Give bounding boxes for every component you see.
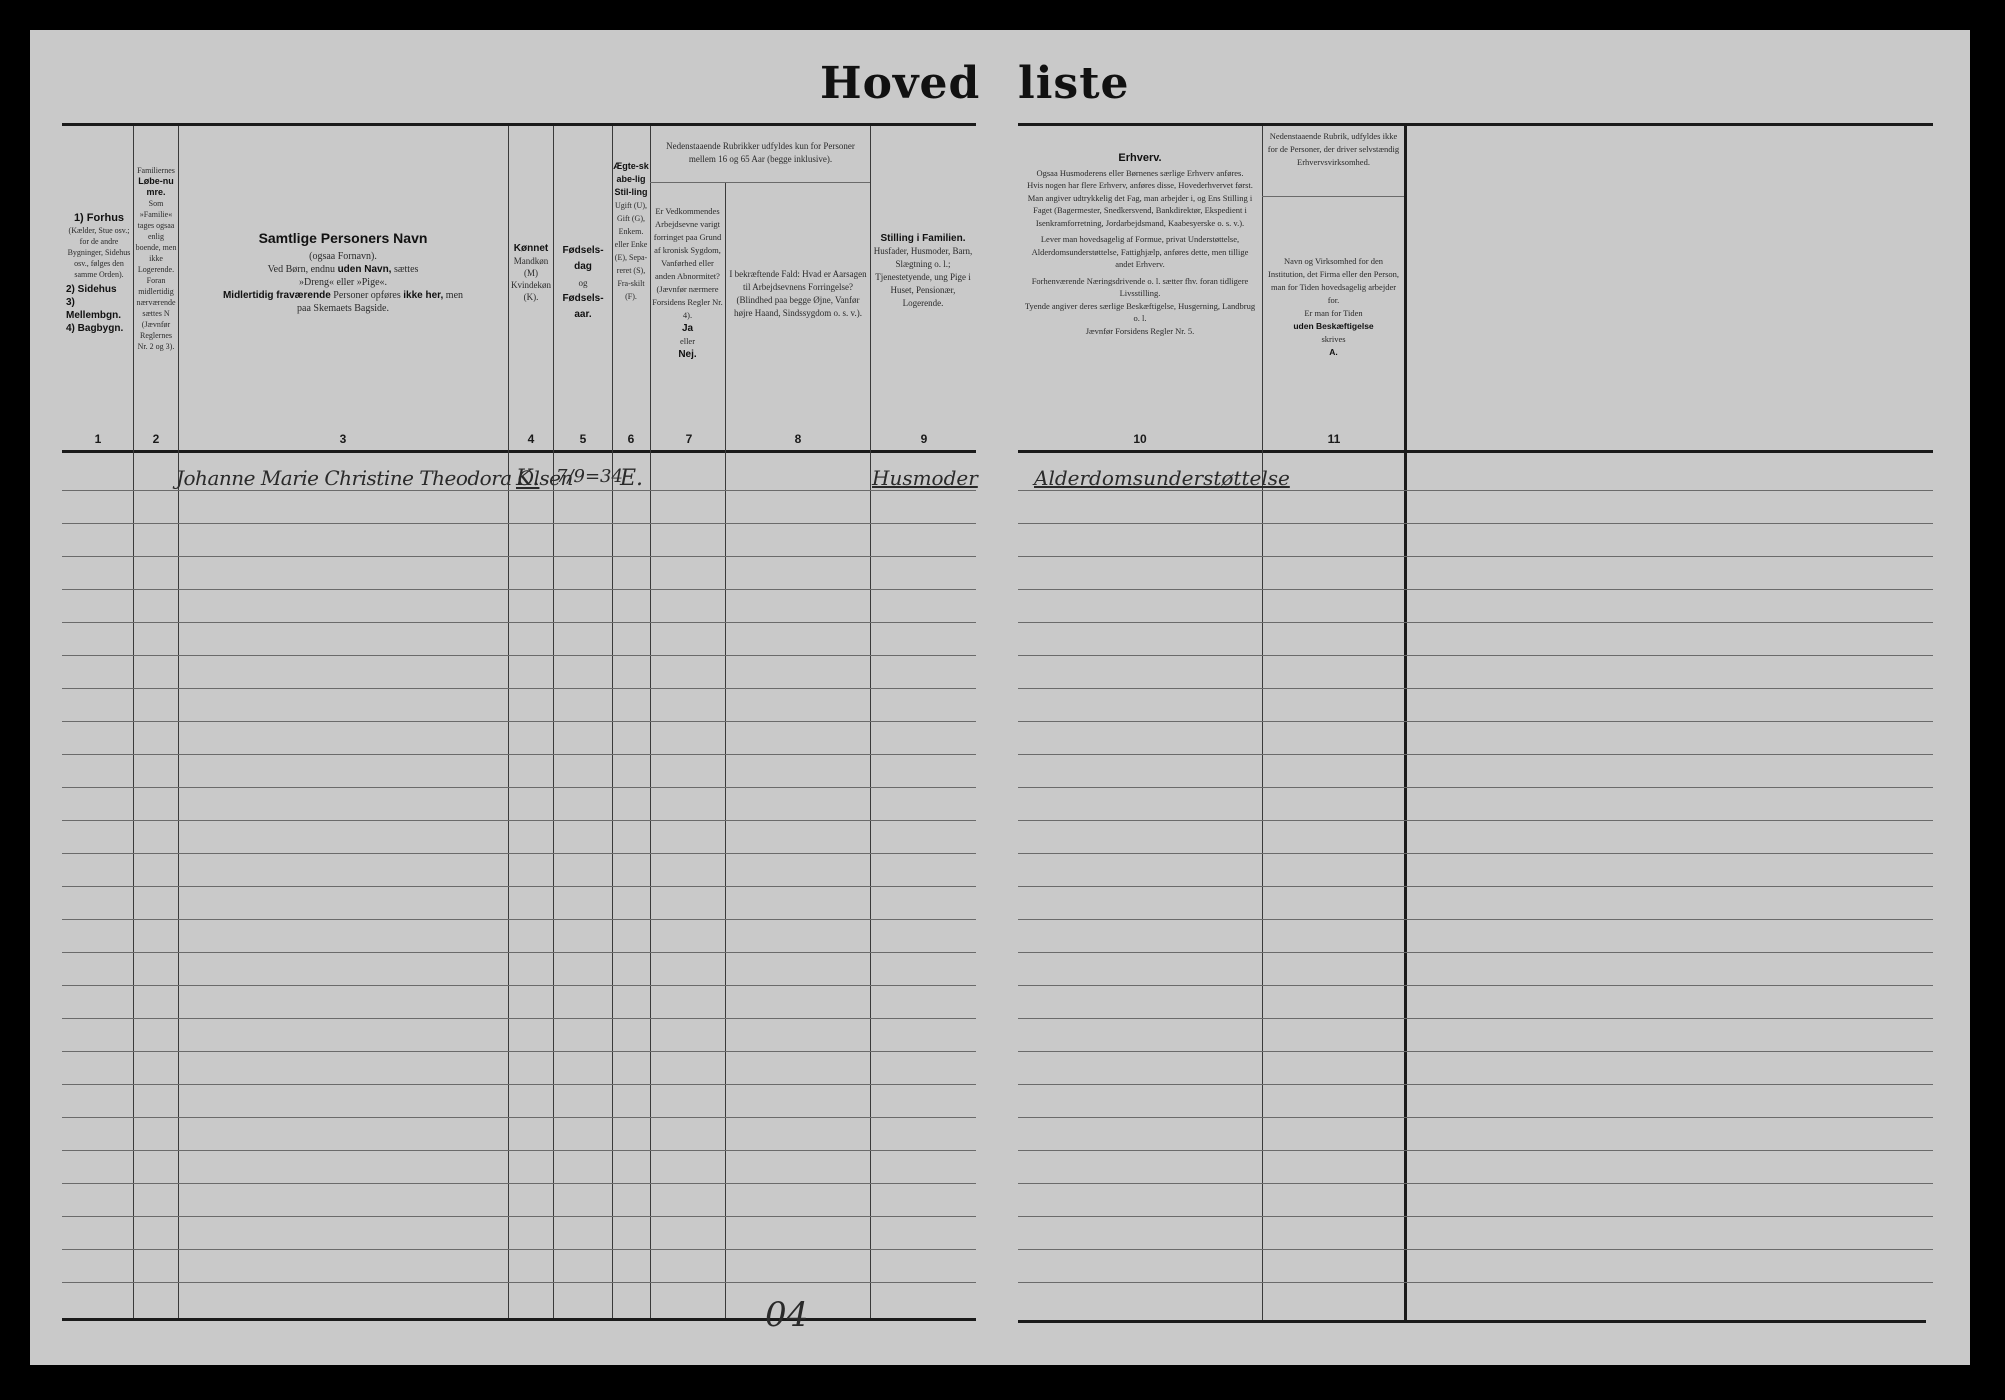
col3-title: Samtlige Personers Navn	[182, 232, 504, 245]
col-num-4: 4	[521, 432, 541, 446]
header-rule-left	[62, 450, 976, 453]
row-line	[62, 952, 976, 953]
col11-top-divider	[1262, 196, 1404, 197]
top-rule-right	[1018, 123, 1933, 126]
entry-sex[interactable]: K.	[516, 466, 539, 491]
col-num-5: 5	[573, 432, 593, 446]
header-col-11-top: Nedenstaaende Rubrik, udfyldes ikke for …	[1265, 130, 1402, 169]
col11-note: Navn og Virksomhed for den Institution, …	[1265, 255, 1402, 307]
title-part1: Hoved	[820, 58, 980, 109]
header-col-4: Kønnet Mandkøn (M) Kvindekøn (K).	[510, 243, 552, 303]
col6-note: Ugift (U), Gift (G), Enkem. eller Enke (…	[613, 199, 649, 303]
row-line	[62, 1249, 976, 1250]
row-line	[62, 1216, 976, 1217]
header-col-1: 1) Forhus (Kælder, Stue osv.; for de and…	[66, 212, 132, 335]
col2-title: Løbe-numre.	[135, 176, 177, 198]
col11-note-c: skrives	[1265, 333, 1402, 346]
bottom-rule-left	[62, 1318, 976, 1321]
row-line	[62, 490, 976, 491]
col-divider-7	[725, 182, 726, 1318]
col-divider-3	[508, 126, 509, 1318]
row-line	[62, 886, 976, 887]
col3-line1: Ved Børn, endnu uden Navn, sættes	[182, 263, 504, 276]
col2-top: Familiernes	[135, 165, 177, 176]
row-line	[1018, 886, 1933, 887]
col-num-11: 11	[1324, 432, 1344, 446]
row-line	[1018, 754, 1933, 755]
col5-title1: Fødsels-dag	[555, 243, 611, 275]
row-line	[1018, 820, 1933, 821]
row-line	[62, 1084, 976, 1085]
col7-eller: eller	[651, 335, 724, 348]
col-divider-11	[1404, 126, 1407, 1320]
col5-mid: og	[555, 275, 611, 291]
col6-title: Ægte-skabe-lig Stil-ling	[613, 160, 649, 199]
col1-note: (Kælder, Stue osv.; for de andre Bygning…	[66, 225, 132, 280]
col10-p6: Tyende angiver deres særlige Beskæftigel…	[1022, 300, 1258, 325]
col7-ja: Ja	[651, 322, 724, 335]
row-line	[62, 919, 976, 920]
col5-title2: Fødsels-aar.	[555, 291, 611, 323]
row-line	[62, 622, 976, 623]
col10-p3: Man angiver udtrykkelig det Fag, man arb…	[1022, 192, 1258, 230]
col7-question: Er Vedkommendes Arbejdsevne varigt forri…	[651, 205, 724, 322]
row-line	[1018, 523, 1933, 524]
group-header-7-8: Nedenstaaende Rubrikker udfyldes kun for…	[652, 140, 869, 166]
col-num-10: 10	[1130, 432, 1150, 446]
row-line	[1018, 1018, 1933, 1019]
row-line	[1018, 1051, 1933, 1052]
col2-note: Som »Familie« tages ogsaa enlig boende, …	[135, 198, 177, 352]
row-line	[62, 787, 976, 788]
col10-p4: Lever man hovedsagelig af Formue, privat…	[1022, 233, 1258, 271]
row-line	[62, 1150, 976, 1151]
row-line	[62, 1183, 976, 1184]
col-num-8: 8	[788, 432, 808, 446]
col11-bold-c: A.	[1265, 346, 1402, 359]
header-col-9: Stilling i Familien. Husfader, Husmoder,…	[872, 232, 974, 310]
row-line	[1018, 1084, 1933, 1085]
row-line	[1018, 787, 1933, 788]
col7-nej: Nej.	[651, 348, 724, 361]
row-line	[1018, 1183, 1933, 1184]
header-col-3: Samtlige Personers Navn (ogsaa Fornavn).…	[182, 232, 504, 315]
row-line	[62, 556, 976, 557]
col1-opt-mellembgn: 3) Mellembgn.	[66, 296, 132, 322]
row-line	[62, 688, 976, 689]
row-line	[1018, 589, 1933, 590]
col1-opt-sidehus: 2) Sidehus	[66, 283, 132, 296]
row-line	[62, 655, 976, 656]
col-num-7: 7	[679, 432, 699, 446]
row-line	[62, 853, 976, 854]
row-line	[62, 721, 976, 722]
row-line	[1018, 952, 1933, 953]
col10-p2: Hvis nogen har flere Erhverv, anføres di…	[1022, 179, 1258, 192]
col-num-2: 2	[146, 432, 166, 446]
col-divider-5	[612, 126, 613, 1318]
footer-mark: 04	[765, 1295, 808, 1335]
row-line	[1018, 655, 1933, 656]
col1-forhus: 1) Forhus	[66, 212, 132, 225]
col-divider-1	[133, 126, 134, 1318]
row-line	[62, 985, 976, 986]
col11-note-b: Er man for Tiden	[1265, 307, 1402, 320]
row-line	[1018, 985, 1933, 986]
row-line	[1018, 1150, 1933, 1151]
col10-title: Erhverv.	[1022, 152, 1258, 165]
row-line	[1018, 622, 1933, 623]
col-divider-8	[870, 126, 871, 1318]
row-line	[1018, 490, 1933, 491]
col3-line4: paa Skemaets Bagside.	[182, 302, 504, 315]
col9-note: Husfader, Husmoder, Barn, Slægtning o. l…	[872, 245, 974, 310]
row-line	[62, 1117, 976, 1118]
col4-title: Kønnet	[510, 243, 552, 255]
col10-p7: Jævnfør Forsidens Regler Nr. 5.	[1022, 325, 1258, 338]
col3-sub: (ogsaa Fornavn).	[182, 250, 504, 263]
row-line	[62, 1051, 976, 1052]
col9-title: Stilling i Familien.	[872, 232, 974, 245]
header-col-2: Familiernes Løbe-numre. Som »Familie« ta…	[135, 165, 177, 352]
col-divider-10	[1262, 126, 1263, 1320]
header-col-6: Ægte-skabe-lig Stil-ling Ugift (U), Gift…	[613, 160, 649, 303]
col1-opt-bagbygn: 4) Bagbygn.	[66, 322, 132, 335]
entry-occupation[interactable]: Alderdomsunderstøttelse	[1034, 466, 1290, 490]
col-num-6: 6	[621, 432, 641, 446]
row-line	[62, 1018, 976, 1019]
col3-line2: »Dreng« eller »Pige«.	[182, 276, 504, 289]
entry-family-position[interactable]: Husmoder	[872, 466, 978, 490]
bottom-rule-right	[1018, 1320, 1926, 1323]
row-line	[1018, 853, 1933, 854]
header-col-8: I bekræftende Fald: Hvad er Aarsagen til…	[728, 268, 868, 320]
row-line	[1018, 688, 1933, 689]
entry-marital[interactable]: E.	[620, 466, 643, 491]
row-line	[1018, 1216, 1933, 1217]
col11-bold-b: uden Beskæftigelse	[1265, 320, 1402, 333]
row-line	[1018, 721, 1933, 722]
col-num-3: 3	[333, 432, 353, 446]
col-num-9: 9	[914, 432, 934, 446]
row-line	[1018, 1117, 1933, 1118]
row-line	[1018, 556, 1933, 557]
col4-note: Mandkøn (M) Kvindekøn (K).	[510, 255, 552, 303]
row-line	[62, 754, 976, 755]
header-col-11: Navn og Virksomhed for den Institution, …	[1265, 255, 1402, 359]
row-line	[62, 589, 976, 590]
col-divider-4	[553, 126, 554, 1318]
col10-p5: Forhenværende Næringsdrivende o. l. sætt…	[1022, 275, 1258, 300]
top-rule-left	[62, 123, 976, 126]
header-rule-right	[1018, 450, 1933, 453]
col-divider-2	[178, 126, 179, 1318]
row-line	[62, 820, 976, 821]
row-line	[1018, 1249, 1933, 1250]
group-divider-7-8	[650, 182, 870, 183]
header-col-5: Fødsels-dag og Fødsels-aar.	[555, 243, 611, 323]
row-line	[62, 523, 976, 524]
row-line	[1018, 1282, 1933, 1283]
col10-p1: Ogsaa Husmoderens eller Børnenes særlige…	[1022, 167, 1258, 180]
row-line	[62, 1282, 976, 1283]
title-part2: liste	[1018, 58, 1130, 109]
entry-name[interactable]: Johanne Marie Christine Theodora Olsen	[176, 466, 573, 490]
col-num-1: 1	[88, 432, 108, 446]
header-col-10: Erhverv. Ogsaa Husmoderens eller Børnene…	[1022, 152, 1258, 337]
header-col-7: Er Vedkommendes Arbejdsevne varigt forri…	[651, 205, 724, 361]
row-line	[1018, 919, 1933, 920]
col3-line3: Midlertidig fraværende Personer opføres …	[182, 289, 504, 302]
entry-birth[interactable]: 7/9=34	[556, 466, 623, 487]
